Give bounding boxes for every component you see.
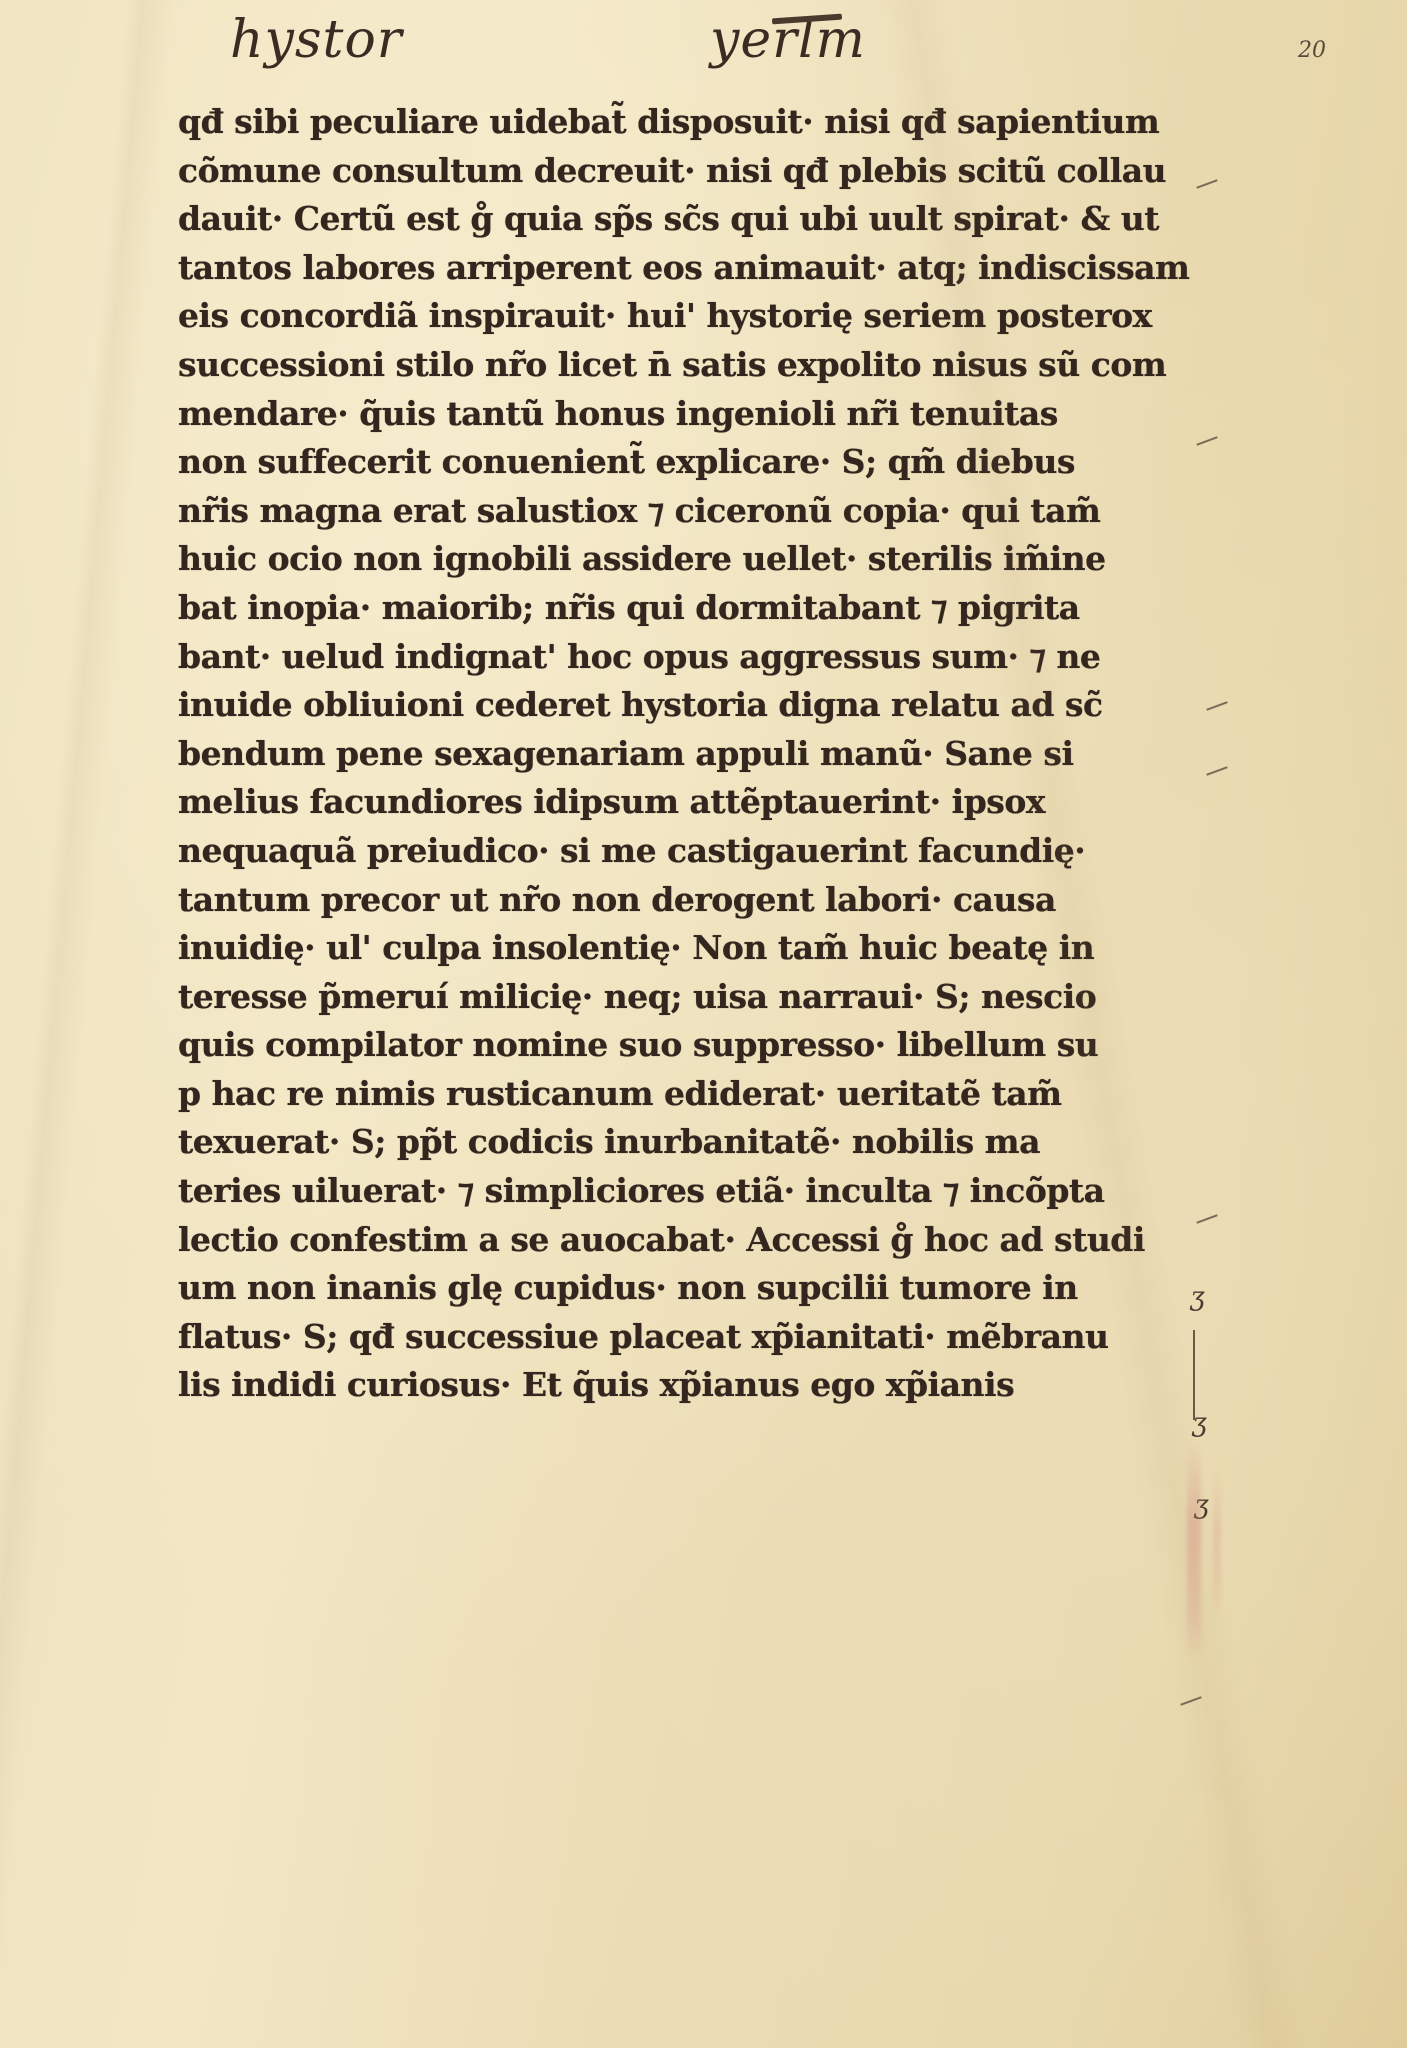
text-line: texuerat· S; pp̃t codicis inurbanitatẽ· … <box>178 1118 1218 1167</box>
margin-note-mark: ʒ <box>1190 1282 1205 1312</box>
text-line: nr̃is magna erat salustiox ⁊ ciceronũ co… <box>178 487 1218 536</box>
text-line: huic ocio non ignobili assidere uellet· … <box>178 535 1218 584</box>
text-line: um non inanis glę cupidus· non supcilii … <box>178 1264 1218 1313</box>
line-end-stroke <box>1180 1696 1201 1705</box>
text-line: nequaquã preiudico· si me castigauerint … <box>178 827 1218 876</box>
text-line: tantos labores arriperent eos animauit· … <box>178 244 1218 293</box>
text-line: cõmune consultum decreuit· nisi qđ plebi… <box>178 147 1218 196</box>
text-line: p hac re nimis rusticanum ediderat· ueri… <box>178 1070 1218 1119</box>
text-line: non suffecerit conuenient̃ explicare· S;… <box>178 438 1218 487</box>
running-head-left: hystor <box>230 10 403 70</box>
text-line: teresse p̃meruí milicię· neq; uisa narra… <box>178 973 1218 1022</box>
text-line: melius facundiores idipsum attẽptauerint… <box>178 778 1218 827</box>
text-line: inuidię· ul' culpa insolentię· Non tam̃ … <box>178 924 1218 973</box>
text-line: quis compilator nomine suo suppresso· li… <box>178 1021 1218 1070</box>
text-line: eis concordiã inspirauit· hui' hystorię … <box>178 292 1218 341</box>
text-line: teries uiluerat· ⁊ simpliciores etiã· in… <box>178 1167 1218 1216</box>
folio-number: 20 <box>1298 38 1326 63</box>
text-line: bant· uelud indignat' hoc opus aggressus… <box>178 633 1218 682</box>
red-ink-stain <box>1187 1440 1201 1660</box>
text-line: lis indidi curiosus· Et q̃uis xp̃ianus e… <box>178 1361 1218 1410</box>
running-head-right: yerlm <box>710 10 866 70</box>
manuscript-folio: hystor yerlm 20 qđ sibi peculiare uideba… <box>0 0 1407 2048</box>
margin-note-mark: ʒ <box>1192 1408 1207 1438</box>
text-line: bendum pene sexagenariam appuli manũ· Sa… <box>178 730 1218 779</box>
text-line: successioni stilo nr̃o licet n̄ satis ex… <box>178 341 1218 390</box>
text-line: lectio confestim a se auocabat· Accessi … <box>178 1216 1218 1265</box>
main-text-column: qđ sibi peculiare uidebat̃ disposuit· ni… <box>178 98 1218 1410</box>
margin-bracket-line <box>1193 1330 1195 1420</box>
text-line: dauit· Certũ est g̊ quia sp̃s sc̃s qui u… <box>178 195 1218 244</box>
text-line: inuide obliuioni cederet hystoria digna … <box>178 681 1218 730</box>
text-line: mendare· q̃uis tantũ honus ingenioli nr̃… <box>178 390 1218 439</box>
text-line: flatus· S; qđ successiue placeat xp̃iani… <box>178 1313 1218 1362</box>
text-line: tantum precor ut nr̃o non derogent labor… <box>178 876 1218 925</box>
red-ink-stain <box>1213 1470 1221 1620</box>
text-line: bat inopia· maiorib; nr̃is qui dormitaba… <box>178 584 1218 633</box>
text-line: qđ sibi peculiare uidebat̃ disposuit· ni… <box>178 98 1218 147</box>
